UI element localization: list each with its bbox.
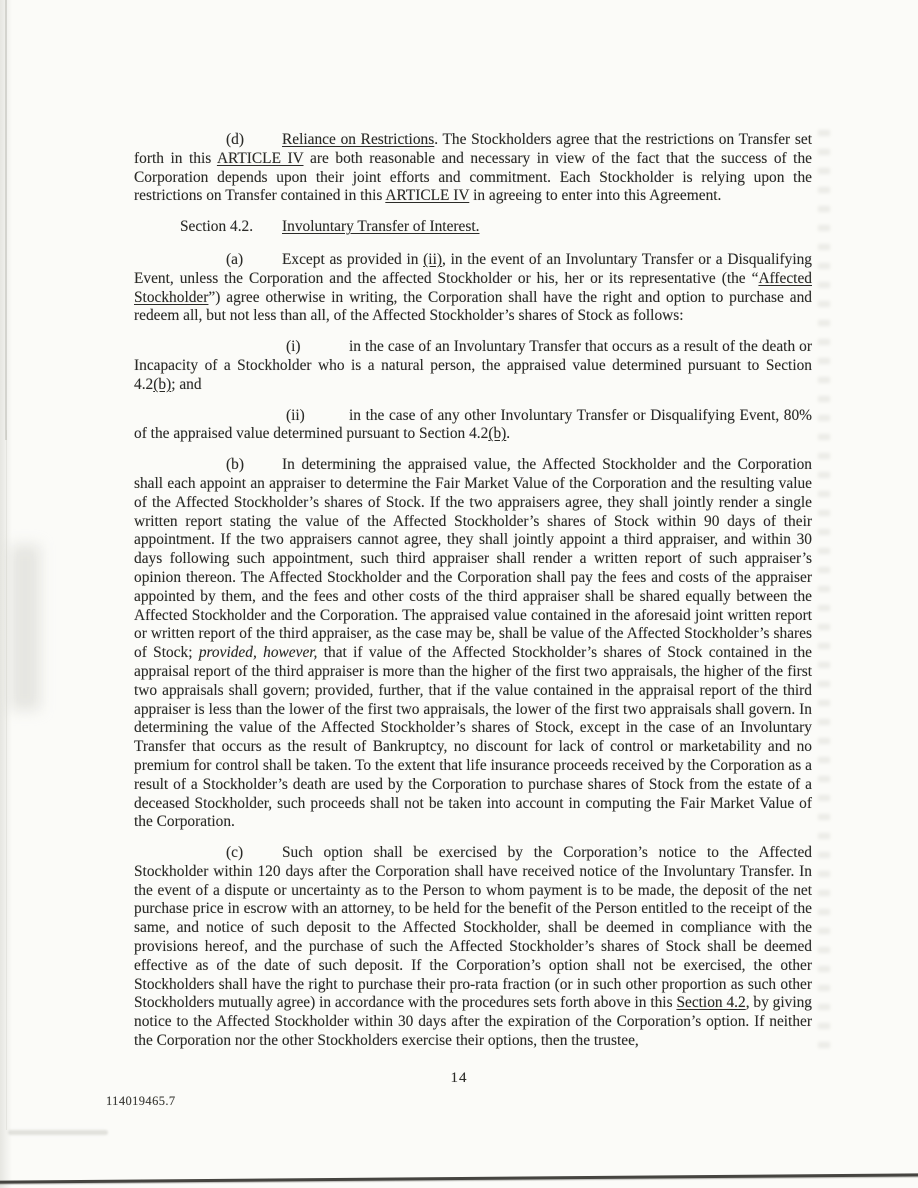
paragraph-d: (d)Reliance on Restrictions. The Stockho… [134, 131, 812, 206]
subparagraph-i-label: (i) [286, 338, 349, 357]
paragraph-d-label: (d) [226, 131, 282, 150]
paragraph-c-text: Such option shall be exercised by the Co… [134, 844, 812, 1049]
paragraph-b-label: (b) [226, 456, 282, 475]
paragraph-b: (b)In determining the appraised value, t… [134, 456, 812, 832]
section-number: Section 4.2. [180, 218, 282, 237]
paragraph-a-label: (a) [226, 251, 282, 270]
scan-smudge-bottom [8, 1130, 108, 1135]
page-number: 14 [0, 1070, 918, 1087]
document-id-footer: 114019465.7 [106, 1094, 176, 1109]
document-body: (d)Reliance on Restrictions. The Stockho… [134, 131, 812, 1063]
paragraph-b-text: In determining the appraised value, the … [134, 456, 812, 830]
section-title: Involuntary Transfer of Interest. [282, 218, 479, 235]
scan-ghosting-right [818, 130, 830, 1060]
subparagraph-ii-text: in the case of any other Involuntary Tra… [134, 407, 812, 443]
subparagraph-i: (i)in the case of an Involuntary Transfe… [134, 338, 812, 394]
scan-edge-line-bottom [0, 1173, 918, 1183]
paragraph-a: (a)Except as provided in (ii), in the ev… [134, 251, 812, 326]
paragraph-c: (c)Such option shall be exercised by the… [134, 844, 812, 1051]
subparagraph-ii: (ii)in the case of any other Involuntary… [134, 407, 812, 445]
scanned-document-page: (d)Reliance on Restrictions. The Stockho… [0, 0, 918, 1188]
scan-line-left [5, 0, 7, 440]
scan-blotch-left [10, 545, 40, 710]
section-heading-4-2: Section 4.2.Involuntary Transfer of Inte… [134, 218, 812, 237]
subparagraph-ii-label: (ii) [286, 407, 349, 426]
paragraph-c-label: (c) [226, 844, 282, 863]
subparagraph-i-text: in the case of an Involuntary Transfer t… [134, 338, 812, 393]
scan-line-left-lower [6, 430, 7, 1130]
